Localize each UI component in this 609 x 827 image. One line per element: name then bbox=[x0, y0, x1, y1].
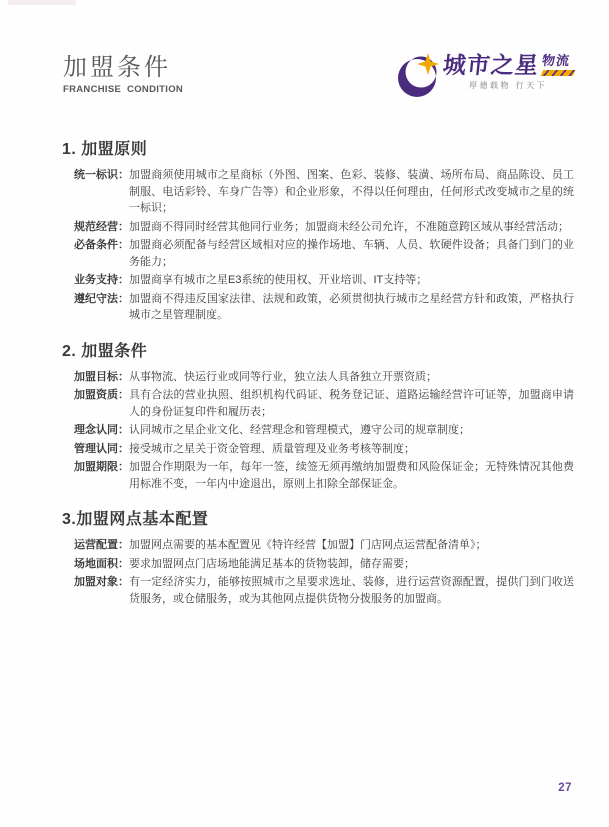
term-item: 加盟对象： 有一定经济实力，能够按照城市之星要求选址、装修，进行运营资源配置，提… bbox=[62, 574, 574, 607]
section-network-basic-config: 3.加盟网点基本配置 运营配置： 加盟网点需要的基本配置见《特许经营【加盟】门店… bbox=[62, 510, 574, 607]
term-text: 接受城市之星关于资金管理、质量管理及业务考核等制度； bbox=[129, 441, 574, 458]
term-item: 加盟目标： 从事物流、快运行业或同等行业，独立法人具备独立开票资质； bbox=[62, 369, 574, 386]
term-item: 运营配置： 加盟网点需要的基本配置见《特许经营【加盟】门店网点运营配备清单》； bbox=[62, 537, 574, 554]
term-label: 必备条件： bbox=[74, 237, 129, 270]
term-text: 要求加盟网点门店场地能满足基本的货物装卸，储存需要； bbox=[129, 556, 574, 573]
brand-suffix: 物流 bbox=[541, 54, 574, 68]
scan-artifact bbox=[8, 0, 76, 5]
title-block: 加盟条件 FRANCHISE CONDITION bbox=[63, 55, 183, 95]
term-text: 加盟商须使用城市之星商标（外图、图案、色彩、装修、装潢、场所布局、商品陈设、员工… bbox=[129, 167, 574, 217]
term-label: 管理认同： bbox=[74, 441, 129, 458]
brand-slogan: 厚德载物 行天下 bbox=[443, 80, 574, 91]
section-franchise-conditions: 2. 加盟条件 加盟目标： 从事物流、快运行业或同等行业，独立法人具备独立开票资… bbox=[62, 342, 574, 493]
term-item: 场地面积： 要求加盟网点门店场地能满足基本的货物装卸，储存需要； bbox=[62, 556, 574, 573]
term-item: 业务支持： 加盟商享有城市之星E3系统的使用权、开业培训、IT支持等； bbox=[62, 272, 574, 289]
term-label: 运营配置： bbox=[74, 537, 129, 554]
term-label: 加盟资质： bbox=[74, 387, 129, 420]
term-label: 加盟对象： bbox=[74, 574, 129, 607]
term-label: 场地面积： bbox=[74, 556, 129, 573]
brand-suffix-block: 物流 bbox=[542, 54, 574, 76]
section-heading: 1. 加盟原则 bbox=[62, 140, 574, 159]
term-label: 加盟期限： bbox=[74, 459, 129, 492]
term-text: 加盟商享有城市之星E3系统的使用权、开业培训、IT支持等； bbox=[129, 272, 574, 289]
section-heading: 2. 加盟条件 bbox=[62, 342, 574, 361]
brand-name: 城市之星 bbox=[442, 52, 541, 78]
term-label: 业务支持： bbox=[74, 272, 129, 289]
page-title: 加盟条件 bbox=[63, 55, 183, 81]
term-label: 理念认同： bbox=[74, 422, 129, 439]
crescent-star-icon bbox=[397, 52, 441, 98]
brand-logo: 城市之星 物流 厚德载物 行天下 bbox=[397, 52, 574, 98]
page-subtitle: FRANCHISE CONDITION bbox=[63, 84, 183, 95]
term-text: 加盟商不得同时经营其他同行业务；加盟商未经公司允许，不准随意跨区域从事经营活动； bbox=[129, 219, 574, 236]
logo-text: 城市之星 物流 厚德载物 行天下 bbox=[443, 52, 574, 91]
section-franchise-principles: 1. 加盟原则 统一标识： 加盟商须使用城市之星商标（外图、图案、色彩、装修、装… bbox=[62, 140, 574, 324]
term-label: 统一标识： bbox=[74, 167, 129, 217]
page-number: 27 bbox=[558, 782, 572, 794]
document-content: 1. 加盟原则 统一标识： 加盟商须使用城市之星商标（外图、图案、色彩、装修、装… bbox=[62, 140, 574, 625]
term-text: 有一定经济实力，能够按照城市之星要求选址、装修，进行运营资源配置，提供门到门收送… bbox=[129, 574, 574, 607]
term-text: 具有合法的营业执照、组织机构代码证、税务登记证、道路运输经营许可证等，加盟商申请… bbox=[129, 387, 574, 420]
term-label: 规范经营： bbox=[74, 219, 129, 236]
term-item: 管理认同： 接受城市之星关于资金管理、质量管理及业务考核等制度； bbox=[62, 441, 574, 458]
term-item: 加盟期限： 加盟合作期限为一年，每年一签，续签无须再缴纳加盟费和风险保证金；无特… bbox=[62, 459, 574, 492]
term-label: 加盟目标： bbox=[74, 369, 129, 386]
term-label: 遵纪守法： bbox=[74, 291, 129, 324]
term-item: 遵纪守法： 加盟商不得违反国家法律、法规和政策，必须贯彻执行城市之星经营方针和政… bbox=[62, 291, 574, 324]
term-text: 加盟网点需要的基本配置见《特许经营【加盟】门店网点运营配备清单》； bbox=[129, 537, 574, 554]
section-heading: 3.加盟网点基本配置 bbox=[62, 510, 574, 529]
term-item: 必备条件： 加盟商必须配备与经营区域相对应的操作场地、车辆、人员、软硬件设备；具… bbox=[62, 237, 574, 270]
term-text: 加盟商必须配备与经营区域相对应的操作场地、车辆、人员、软硬件设备；具备门到门的业… bbox=[129, 237, 574, 270]
term-text: 加盟商不得违反国家法律、法规和政策，必须贯彻执行城市之星经营方针和政策，严格执行… bbox=[129, 291, 574, 324]
term-item: 加盟资质： 具有合法的营业执照、组织机构代码证、税务登记证、道路运输经营许可证等… bbox=[62, 387, 574, 420]
document-page: 加盟条件 FRANCHISE CONDITION 城市之星 物流 厚德载物 行天… bbox=[0, 0, 609, 827]
term-item: 规范经营： 加盟商不得同时经营其他同行业务；加盟商未经公司允许，不准随意跨区域从… bbox=[62, 219, 574, 236]
brand-badge bbox=[541, 70, 576, 76]
term-item: 统一标识： 加盟商须使用城市之星商标（外图、图案、色彩、装修、装潢、场所布局、商… bbox=[62, 167, 574, 217]
term-text: 认同城市之星企业文化、经营理念和管理模式，遵守公司的规章制度； bbox=[129, 422, 574, 439]
term-text: 加盟合作期限为一年，每年一签，续签无须再缴纳加盟费和风险保证金；无特殊情况其他费… bbox=[129, 459, 574, 492]
term-text: 从事物流、快运行业或同等行业，独立法人具备独立开票资质； bbox=[129, 369, 574, 386]
term-item: 理念认同： 认同城市之星企业文化、经营理念和管理模式，遵守公司的规章制度； bbox=[62, 422, 574, 439]
